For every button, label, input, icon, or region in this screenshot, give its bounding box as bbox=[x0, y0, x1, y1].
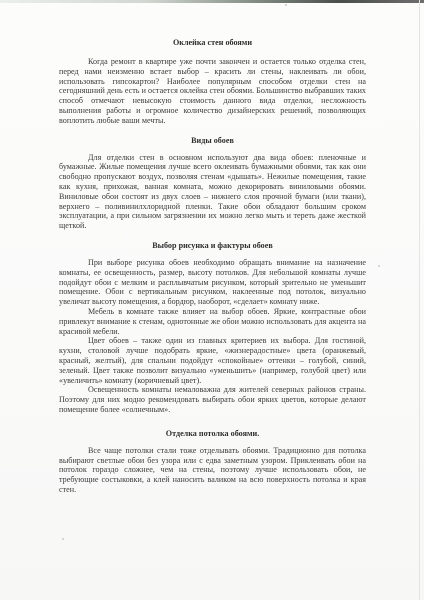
scan-speck bbox=[62, 538, 64, 540]
paragraph: Когда ремонт в квартире уже почти законч… bbox=[59, 57, 366, 126]
paragraph: Для отделки стен в основном используют д… bbox=[59, 153, 366, 231]
scanned-page: Оклейка стен обоями Когда ремонт в кварт… bbox=[0, 0, 424, 600]
scan-edge-top bbox=[0, 0, 424, 3]
section-wallpaper-types: Виды обоев Для отделки стен в основном и… bbox=[59, 136, 366, 231]
paragraph: Цвет обоев – также один из главных крите… bbox=[59, 336, 366, 385]
paragraph: Освещенность комнаты немаловажна для жит… bbox=[59, 385, 366, 414]
document-body: Оклейка стен обоями Когда ремонт в кварт… bbox=[59, 38, 366, 495]
document-title: Оклейка стен обоями bbox=[59, 38, 366, 48]
paragraph: Мебель в комнате также влияет на выбор о… bbox=[59, 307, 366, 336]
section-pattern-texture: Выбор рисунка и фактуры обоев При выборе… bbox=[59, 241, 366, 415]
paragraph: Все чаще потолки стали тоже отделывать о… bbox=[59, 446, 366, 495]
section-ceiling: Отделка потолка обоями. Все чаще потолки… bbox=[59, 429, 366, 495]
section-heading: Отделка потолка обоями. bbox=[59, 429, 366, 439]
scan-edge-right bbox=[419, 0, 420, 600]
section-heading: Виды обоев bbox=[59, 136, 366, 146]
paragraph: При выборе рисунка обоев необходимо обра… bbox=[59, 258, 366, 307]
section-wallpapering: Оклейка стен обоями Когда ремонт в кварт… bbox=[59, 38, 366, 126]
scan-speck bbox=[285, 4, 287, 6]
scan-speck bbox=[378, 265, 380, 267]
section-heading: Выбор рисунка и фактуры обоев bbox=[59, 241, 366, 251]
